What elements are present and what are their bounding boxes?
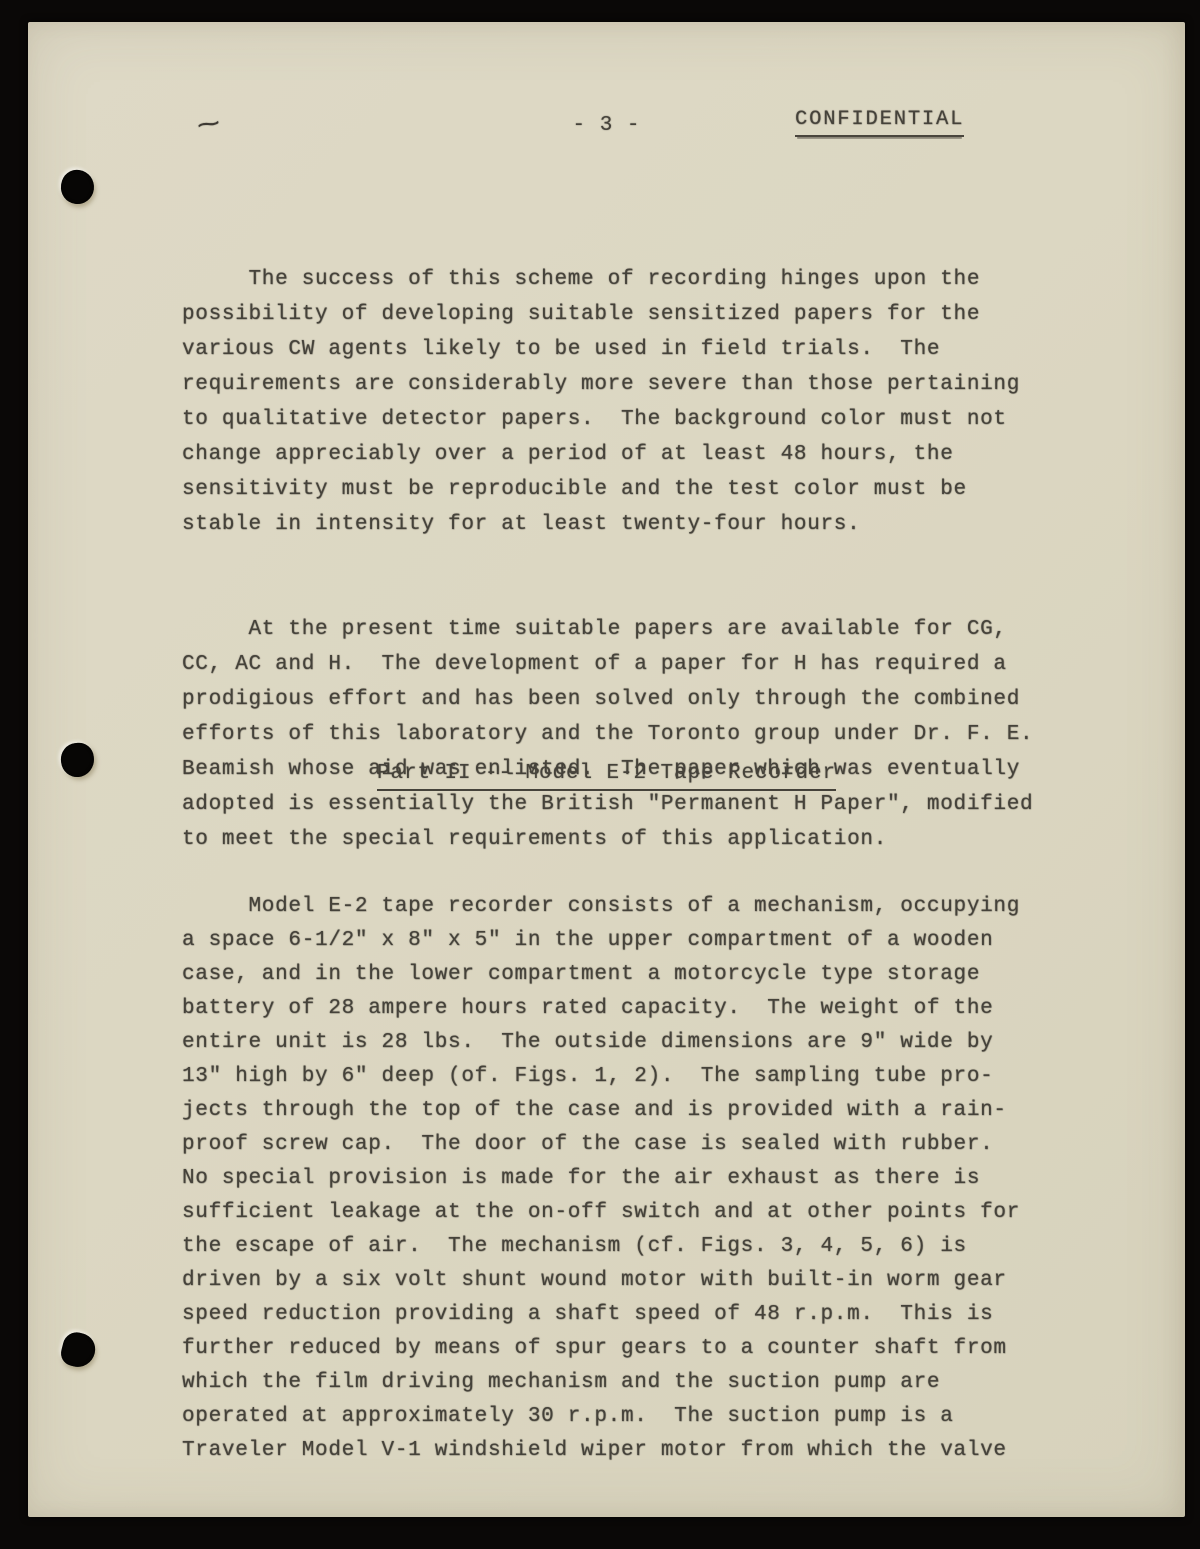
body-text-part1: The success of this scheme of recording … (182, 192, 1082, 927)
classification-stamp: CONFIDENTIAL (795, 108, 964, 137)
punch-hole-bottom (58, 1330, 98, 1371)
section-heading-row: Part II -- Model E-2 Tape Recorder (28, 762, 1185, 791)
paragraph-1: The success of this scheme of recording … (182, 262, 1082, 542)
body-text-part2: Model E-2 tape recorder consists of a me… (182, 822, 1082, 1536)
page-number: - 3 - (572, 114, 640, 137)
scan-background: ~ - 3 - CONFIDENTIAL The success of this… (0, 0, 1200, 1549)
paragraph-2: At the present time suitable papers are … (182, 612, 1082, 857)
punch-hole-top (59, 168, 96, 206)
paragraph-3: Model E-2 tape recorder consists of a me… (182, 890, 1082, 1468)
section-heading: Part II -- Model E-2 Tape Recorder (377, 762, 836, 791)
document-page: ~ - 3 - CONFIDENTIAL The success of this… (28, 22, 1185, 1517)
page-header: - 3 - (28, 114, 1185, 137)
